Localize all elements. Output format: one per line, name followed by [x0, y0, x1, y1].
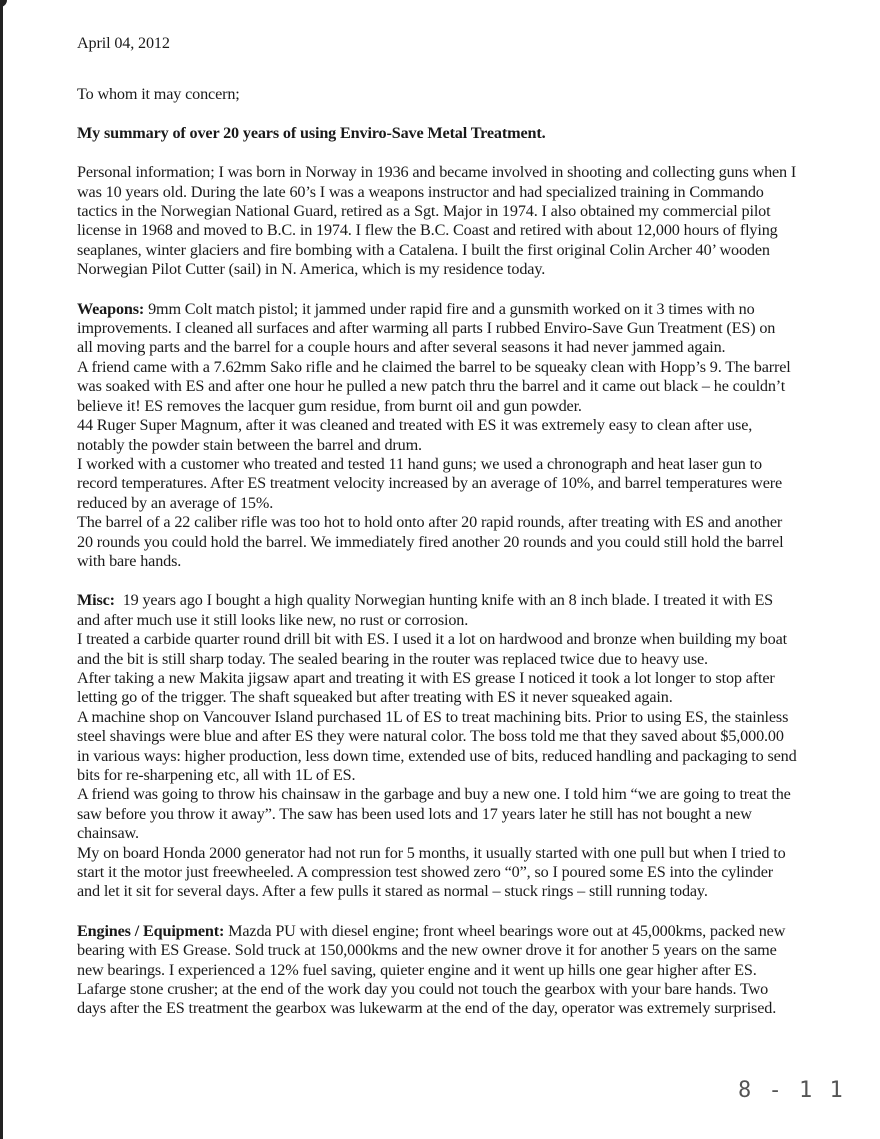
text-line: was 10 years old. During the late 60’s I… — [77, 183, 867, 202]
text-line: was soaked with ES and after one hour he… — [77, 377, 867, 396]
text-line: letting go of the trigger. The shaft squ… — [77, 688, 867, 707]
section-label-misc: Misc: — [77, 591, 115, 609]
letter-title: My summary of over 20 years of using Env… — [77, 124, 867, 143]
text-line: I treated a carbide quarter round drill … — [77, 630, 867, 649]
text-line: Lafarge stone crusher; at the end of the… — [77, 980, 867, 999]
text-line: 20 rounds you could hold the barrel. We … — [77, 533, 867, 552]
text-line: Misc: 19 years ago I bought a high quali… — [77, 591, 867, 610]
text-line: A friend came with a 7.62mm Sako rifle a… — [77, 358, 867, 377]
section-weapons: Weapons: 9mm Colt match pistol; it jamme… — [77, 300, 867, 572]
text-line: and the bit is still sharp today. The se… — [77, 650, 867, 669]
section-misc: Misc: 19 years ago I bought a high quali… — [77, 591, 867, 902]
text-line: days after the ES treatment the gearbox … — [77, 999, 867, 1018]
text-line: new bearings. I experienced a 12% fuel s… — [77, 961, 867, 980]
text-line: and after much use it still looks like n… — [77, 611, 867, 630]
text-fragment: 19 years ago I bought a high quality Nor… — [115, 591, 773, 609]
text-line: and let it sit for several days. After a… — [77, 882, 867, 901]
paragraph-personal-information: Personal information; I was born in Norw… — [77, 163, 867, 279]
section-label-engines: Engines / Equipment: — [77, 922, 224, 940]
text-line: all moving parts and the barrel for a co… — [77, 338, 867, 357]
text-line: Norwegian Pilot Cutter (sail) in N. Amer… — [77, 260, 867, 279]
text-fragment: Mazda PU with diesel engine; front wheel… — [224, 922, 785, 940]
text-line: chainsaw. — [77, 824, 867, 843]
text-line: bits for re-sharpening etc, all with 1L … — [77, 766, 867, 785]
page-number-stamp: 8 - 1 1 — [738, 1078, 845, 1103]
text-line: reduced by an average of 15%. — [77, 494, 867, 513]
text-line: improvements. I cleaned all surfaces and… — [77, 319, 867, 338]
section-engines-equipment: Engines / Equipment: Mazda PU with diese… — [77, 922, 867, 1019]
text-line: bearing with ES Grease. Sold truck at 15… — [77, 941, 867, 960]
text-line: saw before you throw it away”. The saw h… — [77, 805, 867, 824]
section-label-weapons: Weapons: — [77, 300, 144, 318]
scan-corner-mark — [0, 0, 7, 7]
text-line: steel shavings were blue and after ES th… — [77, 727, 867, 746]
text-line: license in 1968 and moved to B.C. in 197… — [77, 221, 867, 240]
text-line: My on board Honda 2000 generator had not… — [77, 844, 867, 863]
scan-left-edge — [0, 0, 3, 1139]
text-line: tactics in the Norwegian National Guard,… — [77, 202, 867, 221]
text-line: Weapons: 9mm Colt match pistol; it jamme… — [77, 300, 867, 319]
salutation: To whom it may concern; — [77, 85, 867, 104]
text-line: notably the powder stain between the bar… — [77, 436, 867, 455]
text-line: with bare hands. — [77, 552, 867, 571]
text-line: 44 Ruger Super Magnum, after it was clea… — [77, 416, 867, 435]
text-line: record temperatures. After ES treatment … — [77, 474, 867, 493]
text-line: seaplanes, winter glaciers and fire bomb… — [77, 241, 867, 260]
text-fragment: 9mm Colt match pistol; it jammed under r… — [144, 300, 754, 318]
letter-page: April 04, 2012 To whom it may concern; M… — [77, 34, 867, 1019]
text-line: After taking a new Makita jigsaw apart a… — [77, 669, 867, 688]
text-line: Personal information; I was born in Norw… — [77, 163, 867, 182]
text-line: start it the motor just freewheeled. A c… — [77, 863, 867, 882]
text-line: believe it! ES removes the lacquer gum r… — [77, 397, 867, 416]
text-line: Engines / Equipment: Mazda PU with diese… — [77, 922, 867, 941]
text-line: A machine shop on Vancouver Island purch… — [77, 708, 867, 727]
letter-date: April 04, 2012 — [77, 34, 867, 53]
text-line: A friend was going to throw his chainsaw… — [77, 785, 867, 804]
text-line: in various ways: higher production, less… — [77, 747, 867, 766]
text-line: The barrel of a 22 caliber rifle was too… — [77, 513, 867, 532]
text-line: I worked with a customer who treated and… — [77, 455, 867, 474]
